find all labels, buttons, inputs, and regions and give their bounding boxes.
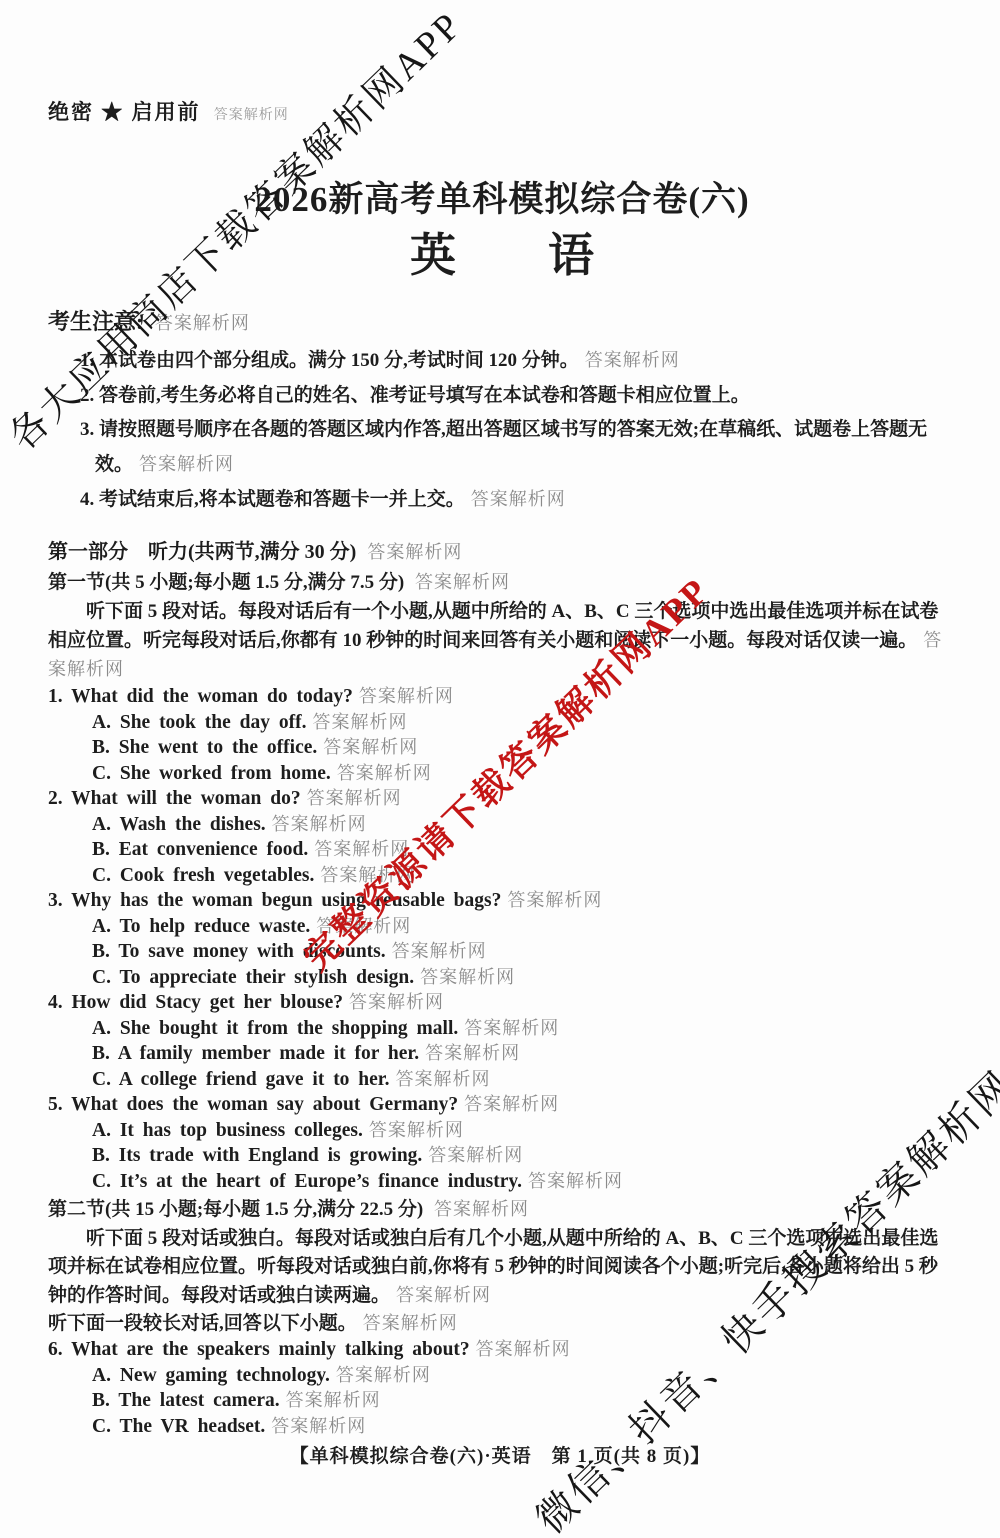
section2-intro: 听下面 5 段对话或独白。每段对话或独白后有几个小题,从题中所给的 A、B、C … (48, 1225, 956, 1310)
inline-watermark: 答案解析网 (312, 712, 407, 732)
option-line: A. She took the day off.答案解析网 (48, 710, 956, 736)
question-5: 5. What does the woman say about Germany… (48, 1092, 956, 1194)
question-number: 6. (48, 1339, 63, 1360)
question-line: 6. What are the speakers mainly talking … (48, 1337, 956, 1363)
question-3: 3. Why has the woman begun using reusabl… (48, 888, 956, 990)
inline-watermark: 答案解析网 (139, 454, 234, 474)
question-line: 1. What did the woman do today?答案解析网 (48, 684, 956, 710)
dialog-note-line: 听下面一段较长对话,回答以下小题。答案解析网 (48, 1310, 956, 1337)
inline-watermark: 答案解析网 (286, 1390, 381, 1410)
section1-heading-line: 第一节(共 5 小题;每小题 1.5 分,满分 7.5 分) 答案解析网 (48, 567, 956, 598)
inline-watermark: 答案解析网 (155, 313, 250, 333)
inline-watermark: 答案解析网 (363, 1313, 458, 1333)
notice-item: 1. 本试卷由四个部分组成。满分 150 分,考试时间 120 分钟。答案解析网 (48, 343, 956, 378)
option-text: It’s at the heart of Europe’s finance in… (120, 1171, 522, 1192)
inline-watermark: 答案解析网 (214, 108, 289, 123)
inline-watermark: 答案解析网 (271, 1416, 366, 1436)
inline-watermark: 答案解析网 (425, 1043, 520, 1063)
page-content: 绝密 ★ 启用前 答案解析网 2026新高考单科模拟综合卷(六) 英 语 考生注… (48, 0, 956, 1439)
option-label: B. (92, 1390, 110, 1411)
inline-watermark: 答案解析网 (369, 1120, 464, 1140)
section1-heading: 第一节(共 5 小题;每小题 1.5 分,满分 7.5 分) (48, 572, 404, 593)
section1-intro-text: 听下面 5 段对话。每段对话后有一个小题,从题中所给的 A、B、C 三个选项中选… (48, 601, 938, 651)
section2-intro-text: 听下面 5 段对话或独白。每段对话或独白后有几个小题,从题中所给的 A、B、C … (48, 1228, 938, 1306)
option-line: A. It has top business colleges.答案解析网 (48, 1118, 956, 1144)
inline-watermark: 答案解析网 (420, 967, 515, 987)
notice-heading-line: 考生注意: 答案解析网 (48, 308, 956, 337)
inline-watermark: 答案解析网 (415, 572, 510, 592)
inline-watermark: 答案解析网 (336, 1365, 431, 1385)
exam-paper-page: 绝密 ★ 启用前 答案解析网 2026新高考单科模拟综合卷(六) 英 语 考生注… (0, 0, 1000, 1538)
inline-watermark: 答案解析网 (585, 350, 680, 370)
option-text: Cook fresh vegetables. (120, 865, 315, 886)
option-line: B. She went to the office.答案解析网 (48, 735, 956, 761)
question-text: What does the woman say about Germany? (71, 1094, 458, 1115)
question-text: Why has the woman begun using reusable b… (71, 890, 501, 911)
option-line: A. To help reduce waste.答案解析网 (48, 914, 956, 940)
inline-watermark: 答案解析网 (359, 686, 454, 706)
inline-watermark: 答案解析网 (314, 839, 409, 859)
option-text: To help reduce waste. (120, 916, 311, 937)
question-line: 3. Why has the woman begun using reusabl… (48, 888, 956, 914)
option-label: B. (92, 737, 110, 758)
option-text: To save money with discounts. (118, 941, 385, 962)
inline-watermark: 答案解析网 (272, 814, 367, 834)
inline-watermark: 答案解析网 (349, 992, 444, 1012)
option-label: A. (92, 1120, 111, 1141)
inline-watermark: 答案解析网 (337, 763, 432, 783)
option-label: C. (92, 1069, 111, 1090)
inline-watermark: 答案解析网 (507, 890, 602, 910)
option-label: A. (92, 814, 111, 835)
notice-item: 2. 答卷前,考生务必将自己的姓名、准考证号填写在本试卷和答题卡相应位置上。 (48, 378, 956, 413)
option-label: B. (92, 1145, 110, 1166)
notice-item: 4. 考试结束后,将本试题卷和答题卡一并上交。答案解析网 (48, 482, 956, 517)
question-number: 4. (48, 992, 63, 1013)
option-line: C. The VR headset.答案解析网 (48, 1414, 956, 1440)
dialog-note-text: 听下面一段较长对话,回答以下小题。 (48, 1313, 357, 1334)
inline-watermark: 答案解析网 (528, 1171, 623, 1191)
question-line: 2. What will the woman do?答案解析网 (48, 786, 956, 812)
option-text: Wash the dishes. (120, 814, 266, 835)
option-text: A family member made it for her. (118, 1043, 419, 1064)
question-number: 5. (48, 1094, 63, 1115)
question-number: 2. (48, 788, 63, 809)
option-line: C. She worked from home.答案解析网 (48, 761, 956, 787)
notice-heading: 考生注意: (48, 309, 143, 334)
question-6: 6. What are the speakers mainly talking … (48, 1337, 956, 1439)
option-label: A. (92, 1365, 111, 1386)
paper-title: 2026新高考单科模拟综合卷(六) (48, 178, 956, 222)
question-1: 1. What did the woman do today?答案解析网 A. … (48, 684, 956, 786)
question-text: What did the woman do today? (71, 686, 353, 707)
inline-watermark: 答案解析网 (316, 916, 411, 936)
inline-watermark: 答案解析网 (471, 489, 566, 509)
inline-watermark: 答案解析网 (307, 788, 402, 808)
question-line: 5. What does the woman say about Germany… (48, 1092, 956, 1118)
question-text: What are the speakers mainly talking abo… (71, 1339, 470, 1360)
option-text: A college friend gave it to her. (119, 1069, 390, 1090)
question-2: 2. What will the woman do?答案解析网 A. Wash … (48, 786, 956, 888)
option-line: C. A college friend gave it to her.答案解析网 (48, 1067, 956, 1093)
notice-item-text: 4. 考试结束后,将本试题卷和答题卡一并上交。 (80, 489, 465, 510)
inline-watermark: 答案解析网 (396, 1285, 491, 1305)
option-label: C. (92, 763, 111, 784)
option-label: B. (92, 941, 110, 962)
classification-line: 绝密 ★ 启用前 答案解析网 (48, 100, 956, 128)
inline-watermark: 答案解析网 (476, 1339, 571, 1359)
notice-item-text: 1. 本试卷由四个部分组成。满分 150 分,考试时间 120 分钟。 (80, 350, 579, 371)
option-text: She went to the office. (119, 737, 318, 758)
question-4: 4. How did Stacy get her blouse?答案解析网 A.… (48, 990, 956, 1092)
notice-item-text: 2. 答卷前,考生务必将自己的姓名、准考证号填写在本试卷和答题卡相应位置上。 (80, 385, 750, 406)
inline-watermark: 答案解析网 (464, 1018, 559, 1038)
option-line: B. A family member made it for her.答案解析网 (48, 1041, 956, 1067)
option-label: A. (92, 712, 111, 733)
option-line: C. It’s at the heart of Europe’s finance… (48, 1169, 956, 1195)
option-line: B. Eat convenience food.答案解析网 (48, 837, 956, 863)
question-line: 4. How did Stacy get her blouse?答案解析网 (48, 990, 956, 1016)
option-text: She bought it from the shopping mall. (120, 1018, 458, 1039)
option-text: The latest camera. (118, 1390, 279, 1411)
inline-watermark: 答案解析网 (323, 737, 418, 757)
option-label: A. (92, 916, 111, 937)
page-footer: 【单科模拟综合卷(六)·英语 第 1 页(共 8 页)】 (0, 1441, 1000, 1468)
option-label: C. (92, 1416, 111, 1437)
part1-heading: 第一部分 听力(共两节,满分 30 分) (48, 541, 356, 563)
option-text: New gaming technology. (120, 1365, 330, 1386)
inline-watermark: 答案解析网 (464, 1094, 559, 1114)
option-label: B. (92, 839, 110, 860)
inline-watermark: 答案解析网 (367, 542, 462, 562)
inline-watermark: 答案解析网 (434, 1199, 529, 1219)
question-number: 1. (48, 686, 63, 707)
option-label: A. (92, 1018, 111, 1039)
option-label: B. (92, 1043, 110, 1064)
option-text: She worked from home. (120, 763, 331, 784)
option-text: It has top business colleges. (120, 1120, 363, 1141)
question-number: 3. (48, 890, 63, 911)
question-text: How did Stacy get her blouse? (72, 992, 344, 1013)
option-line: A. New gaming technology.答案解析网 (48, 1363, 956, 1389)
option-label: C. (92, 967, 111, 988)
option-line: B. Its trade with England is growing.答案解… (48, 1143, 956, 1169)
option-line: B. The latest camera.答案解析网 (48, 1388, 956, 1414)
notice-list: 1. 本试卷由四个部分组成。满分 150 分,考试时间 120 分钟。答案解析网… (48, 343, 956, 517)
option-line: B. To save money with discounts.答案解析网 (48, 939, 956, 965)
paper-subject: 英 语 (48, 230, 956, 282)
option-label: C. (92, 1171, 111, 1192)
option-text: To appreciate their stylish design. (120, 967, 415, 988)
inline-watermark: 答案解析网 (392, 941, 487, 961)
option-text: The VR headset. (120, 1416, 266, 1437)
section2-heading-line: 第二节(共 15 小题;每小题 1.5 分,满分 22.5 分) 答案解析网 (48, 1194, 956, 1225)
option-line: A. She bought it from the shopping mall.… (48, 1016, 956, 1042)
section1-intro: 听下面 5 段对话。每段对话后有一个小题,从题中所给的 A、B、C 三个选项中选… (48, 598, 956, 684)
option-text: Eat convenience food. (119, 839, 308, 860)
option-line: C. Cook fresh vegetables.答案解析网 (48, 863, 956, 889)
notice-item: 3. 请按照题号顺序在各题的答题区域内作答,超出答题区域书写的答案无效;在草稿纸… (48, 413, 956, 482)
question-text: What will the woman do? (71, 788, 300, 809)
option-label: C. (92, 865, 111, 886)
option-line: A. Wash the dishes.答案解析网 (48, 812, 956, 838)
inline-watermark: 答案解析网 (428, 1145, 523, 1165)
part1-heading-line: 第一部分 听力(共两节,满分 30 分) 答案解析网 (48, 537, 956, 567)
option-line: C. To appreciate their stylish design.答案… (48, 965, 956, 991)
option-text: She took the day off. (120, 712, 307, 733)
section2-heading: 第二节(共 15 小题;每小题 1.5 分,满分 22.5 分) (48, 1199, 423, 1220)
option-text: Its trade with England is growing. (119, 1145, 423, 1166)
inline-watermark: 答案解析网 (396, 1069, 491, 1089)
inline-watermark: 答案解析网 (320, 865, 415, 885)
classification-text: 绝密 ★ 启用前 (48, 100, 201, 124)
